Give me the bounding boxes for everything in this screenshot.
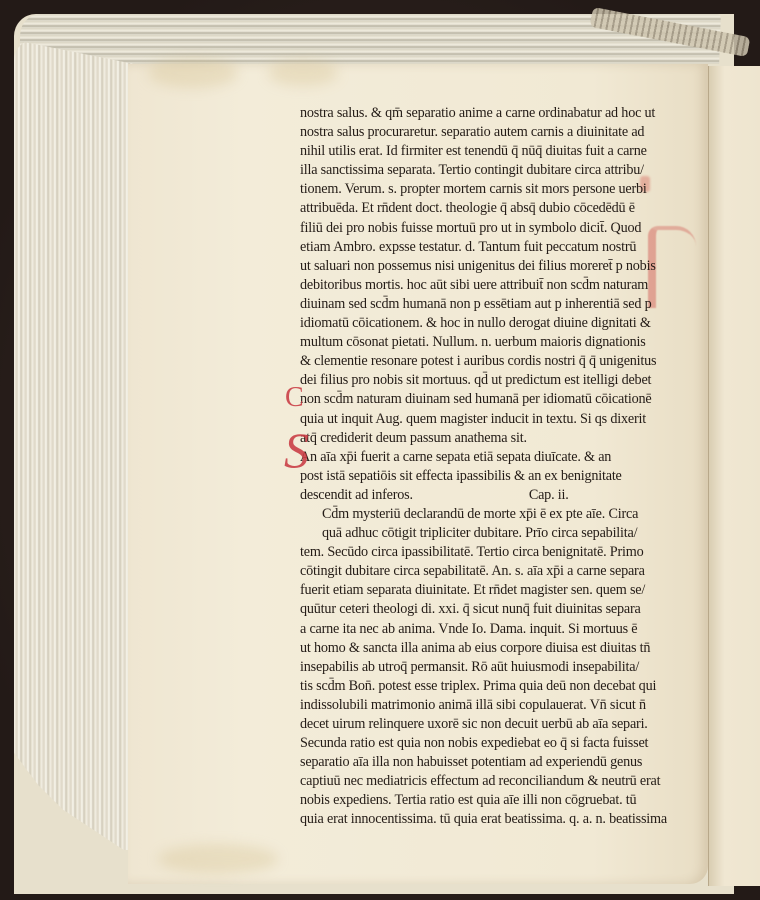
text-line: captiuū nec mediatricis effectum ad reco…	[300, 772, 660, 791]
rubric-initial-s: S	[284, 425, 309, 475]
text-line: ut saluari non possemus nisi unigenitus …	[300, 257, 660, 276]
text-line: diuinam sed scd̄m humanā non p essētiam …	[300, 295, 660, 314]
water-stain	[268, 60, 338, 86]
chapter-heading-line: post istā sepatiōis sit effecta ipassibi…	[300, 467, 660, 486]
text-line: attribuēda. Et rn̄dent doct. theologie q…	[300, 199, 660, 218]
text-line: tionem. Verum. s. propter mortem carnis …	[300, 180, 660, 199]
chapter-heading-end: descendit ad inferos.	[300, 487, 413, 503]
text-line: nostra salus procuraretur. separatio aut…	[300, 123, 660, 142]
page-stack-fore-edge	[14, 40, 136, 850]
text-line: etiam Ambro. expsse testatur. d. Tantum …	[300, 238, 660, 257]
text-line: & clementie resonare potest i auribus co…	[300, 352, 660, 371]
text-line: quia ut inquit Aug. quem magister induci…	[300, 410, 660, 429]
text-line: ut homo & sancta illa anima ab eius corp…	[300, 639, 660, 658]
water-stain	[158, 844, 278, 874]
text-line: nihil utilis erat. Id firmiter est tenen…	[300, 142, 660, 161]
water-stain	[148, 58, 238, 88]
text-block: nostra salus. & qm̄ separatio anime a ca…	[300, 104, 660, 830]
text-line: decet uirum relinquere uxorē sic non dec…	[300, 715, 660, 734]
text-line: nobis expediens. Tertia ratio est quia a…	[300, 791, 660, 810]
recto-page-edge	[708, 66, 760, 886]
chapter-label: Cap. ii.	[529, 486, 569, 505]
chapter-heading-line: An aīa xp̄i fuerit a carne sepata etiā s…	[300, 448, 660, 467]
rubric-initial-c: C	[285, 384, 304, 412]
text-line: fuerit etiam separata diuinitate. Et rn̄…	[300, 581, 660, 600]
text-line: indissolubili matrimonio animā illā sibi…	[300, 696, 660, 715]
text-line: Secunda ratio est quia non nobis expedie…	[300, 734, 660, 753]
text-line: debitoribus mortis. hoc aūt sibi uere at…	[300, 276, 660, 295]
text-line: Cd̄m mysteriū declarandū de morte xp̄i ē…	[300, 505, 660, 524]
text-line: insepabilis ab utroq̄ permansit. Rō aūt …	[300, 658, 660, 677]
text-line: multum cōsonat pietati. Nullum. n. uerbu…	[300, 333, 660, 352]
text-line: nostra salus. & qm̄ separatio anime a ca…	[300, 104, 660, 123]
text-line: illa sanctissima separata. Tertio contin…	[300, 161, 660, 180]
text-line: quā adhuc cōtigit tripliciter dubitare. …	[300, 524, 660, 543]
text-line: quia erat innocentissima. tū quia erat b…	[300, 810, 660, 829]
text-line: atq̄ crediderit deum passum anathema sit…	[300, 429, 660, 448]
text-line: tis scd̄m Bon̄. potest esse triplex. Pri…	[300, 677, 660, 696]
text-line: cōtingit dubitare circa sepabilitatē. An…	[300, 562, 660, 581]
text-line: tem. Secūdo circa ipassibilitatē. Tertio…	[300, 543, 660, 562]
text-line: separatio aīa illa non habuisset potenti…	[300, 753, 660, 772]
text-line: dei filius pro nobis sit mortuus. qd̄ ut…	[300, 371, 660, 390]
text-line: filiū dei pro nobis fuisse mortuū pro ut…	[300, 219, 660, 238]
chapter-heading-line: descendit ad inferos.Cap. ii.	[300, 486, 660, 505]
text-line: a carne ita nec ab anima. Vnde Io. Dama.…	[300, 620, 660, 639]
text-line: quūtur ceteri theologi di. xxi. q̄ sicut…	[300, 600, 660, 619]
text-line: idiomatū cōicationem. & hoc in nullo der…	[300, 314, 660, 333]
text-line: non scd̄m naturam diuinam sed humanā per…	[300, 390, 660, 409]
